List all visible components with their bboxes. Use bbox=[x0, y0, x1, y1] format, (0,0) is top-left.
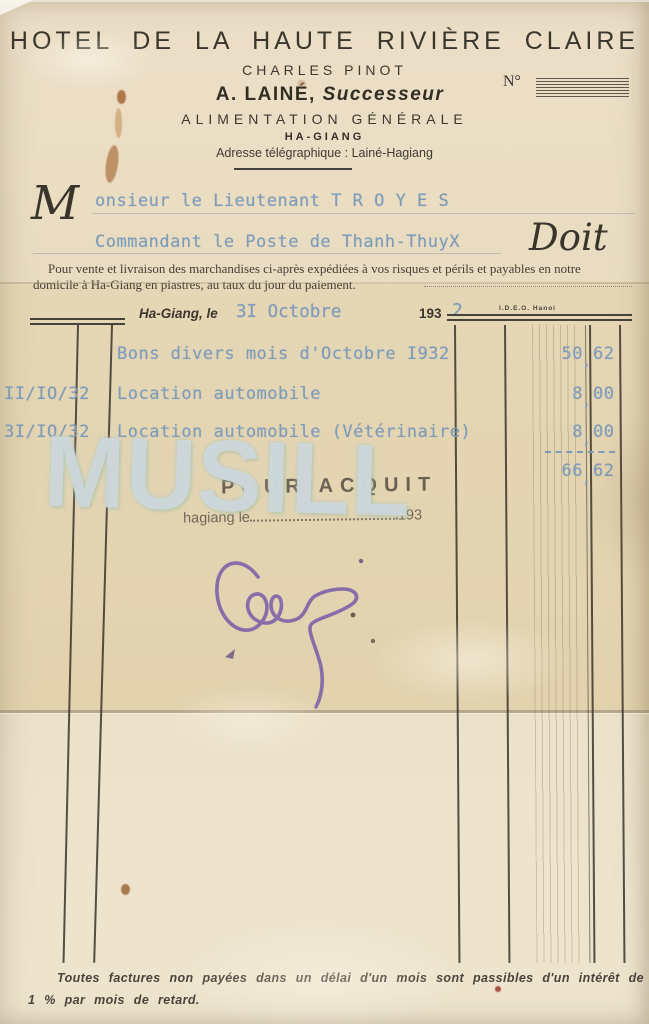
printed-year-prefix: 193 bbox=[419, 306, 442, 321]
decimal-comma: , bbox=[582, 430, 592, 448]
printer-imprint: I.D.E.O. Hanoi bbox=[499, 305, 556, 312]
rust-stain bbox=[117, 90, 126, 104]
decimal-comma: , bbox=[582, 392, 592, 410]
baseline-rule-1 bbox=[92, 213, 635, 214]
header-divider bbox=[234, 168, 352, 170]
fold-crease-upper bbox=[0, 282, 649, 284]
row-amount-int: 8 bbox=[539, 384, 583, 404]
overpaint-musill: MUSILL bbox=[43, 413, 413, 540]
footer-terms-line2: 1 % par mois de retard. bbox=[28, 993, 200, 1007]
typed-date: 3I Octobre bbox=[236, 302, 341, 322]
signature bbox=[203, 545, 408, 715]
terms-paragraph: Pour vente et livraison des marchandises… bbox=[33, 261, 634, 292]
ink-splotch bbox=[225, 649, 235, 659]
city-name: HA-GIANG bbox=[0, 131, 649, 143]
terms-line1: Pour vente et livraison des marchandises… bbox=[33, 261, 634, 277]
table-rule-amount-1 bbox=[454, 325, 460, 963]
monsieur-initial: M bbox=[31, 176, 79, 231]
owner-name: CHARLES PINOT bbox=[0, 62, 649, 78]
total-separator-dashes bbox=[545, 451, 615, 453]
row-desc: Location automobile bbox=[117, 384, 321, 404]
row-amount-int: 8 bbox=[539, 422, 583, 442]
successor-title: Successeur bbox=[316, 84, 444, 105]
place-date-label: Ha-Giang, le bbox=[139, 306, 218, 321]
table-rule-decimal-separator bbox=[589, 325, 595, 963]
row-amount-dec: 62 bbox=[593, 344, 614, 364]
addressee-line2: Commandant le Poste de Thanh-ThuyX bbox=[95, 232, 460, 252]
faint-stain bbox=[297, 80, 306, 87]
row-amount-dec: 00 bbox=[593, 422, 614, 442]
total-amount-int: 66 bbox=[539, 461, 583, 481]
brown-spot bbox=[121, 884, 130, 895]
decimal-comma: , bbox=[582, 352, 592, 370]
row-amount-dec: 00 bbox=[593, 384, 614, 404]
left-header-rule bbox=[30, 318, 125, 325]
red-spot bbox=[495, 986, 501, 992]
row-desc: Bons divers mois d'Octobre I932 bbox=[117, 344, 450, 364]
doit-label: Doit bbox=[529, 216, 608, 259]
invoice-document: HOTEL DE LA HAUTE RIVIÈRE CLAIRE CHARLES… bbox=[0, 0, 649, 1024]
baseline-rule-2 bbox=[33, 253, 501, 254]
row-date: II/IO/32 bbox=[4, 384, 90, 404]
row-amount-int: 50 bbox=[539, 344, 583, 364]
table-rule-amount-2 bbox=[504, 325, 510, 963]
addressee-line1: onsieur le Lieutenant T R O Y E S bbox=[95, 191, 449, 211]
table-rule-right-edge bbox=[619, 325, 625, 963]
hotel-title: HOTEL DE LA HAUTE RIVIÈRE CLAIRE bbox=[0, 27, 649, 56]
right-header-rule bbox=[447, 314, 632, 321]
table-fine-ruling-band bbox=[532, 325, 582, 963]
scan-top-edge bbox=[0, 0, 649, 2]
successor-name: A. LAINÉ, bbox=[216, 84, 316, 105]
footer-terms-line1: Toutes factures non payées dans un délai… bbox=[57, 971, 644, 985]
business-type: ALIMENTATION GÉNÉRALE bbox=[0, 111, 649, 127]
decimal-comma: , bbox=[582, 469, 592, 487]
scan-corner-artifact bbox=[0, 0, 34, 15]
terms-line2: domicile à Ha-Giang en piastres, au taux… bbox=[33, 277, 356, 292]
rust-stain bbox=[115, 108, 122, 138]
invoice-number-ruled-box bbox=[536, 78, 629, 99]
invoice-number-label: N° bbox=[503, 73, 521, 91]
telegraph-address: Adresse télégraphique : Lainé-Hagiang bbox=[0, 146, 649, 160]
total-amount-dec: 62 bbox=[593, 461, 614, 481]
